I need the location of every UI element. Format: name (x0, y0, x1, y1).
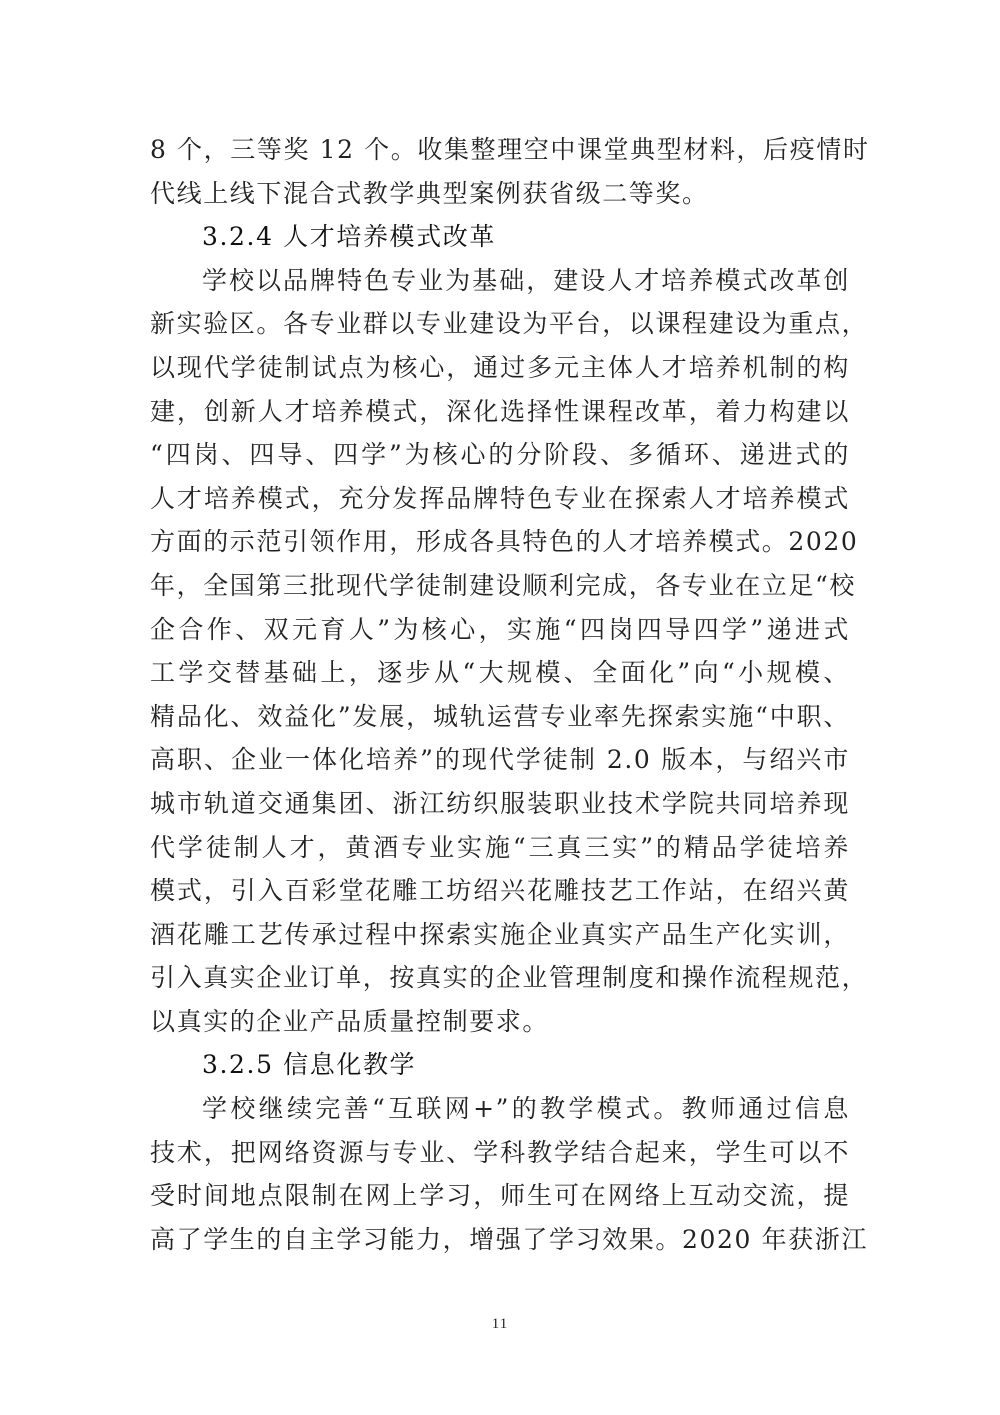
paragraph-line: 企合作、双元育人”为核心，实施“四岗四导四学”递进式 (150, 608, 850, 652)
paragraph-line: 人才培养模式，充分发挥品牌特色专业在探索人才培养模式 (150, 477, 850, 521)
paragraph-line: 技术，把网络资源与专业、学科教学结合起来，学生可以不 (150, 1131, 850, 1175)
paragraph-line: 高了学生的自主学习能力，增强了学习效果。2020 年获浙江 (150, 1218, 850, 1262)
paragraph-line: 精品化、效益化”发展，城轨运营专业率先探索实施“中职、 (150, 695, 850, 739)
continuation-paragraph: 8 个，三等奖 12 个。收集整理空中课堂典型材料，后疫情时 代线上线下混合式教… (150, 128, 850, 215)
paragraph-line: 酒花雕工艺传承过程中探索实施企业真实产品生产化实训， (150, 913, 850, 957)
paragraph-line: 高职、企业一体化培养”的现代学徒制 2.0 版本，与绍兴市 (150, 738, 850, 782)
paragraph-line: 模式，引入百彩堂花雕工坊绍兴花雕技艺工作站，在绍兴黄 (150, 869, 850, 913)
paragraph-line: 城市轨道交通集团、浙江纺织服装职业技术学院共同培养现 (150, 782, 850, 826)
paragraph-line: 新实验区。各专业群以专业建设为平台，以课程建设为重点， (150, 302, 850, 346)
paragraph-line: 8 个，三等奖 12 个。收集整理空中课堂典型材料，后疫情时 (150, 128, 850, 172)
page-number: 11 (0, 1316, 1000, 1333)
paragraph-line: 代学徒制人才，黄酒专业实施“三真三实”的精品学徒培养 (150, 826, 850, 870)
paragraph-line: 学校继续完善“互联网+”的教学模式。教师通过信息 (150, 1087, 850, 1131)
section-heading-3-2-4: 3.2.4 人才培养模式改革 (150, 215, 850, 259)
paragraph-line: 工学交替基础上，逐步从“大规模、全面化”向“小规模、 (150, 651, 850, 695)
paragraph-line: 受时间地点限制在网上学习，师生可在网络上互动交流，提 (150, 1174, 850, 1218)
document-page: 8 个，三等奖 12 个。收集整理空中课堂典型材料，后疫情时 代线上线下混合式教… (150, 128, 850, 1261)
section-3-2-4-paragraph: 学校以品牌特色专业为基础，建设人才培养模式改革创 新实验区。各专业群以专业建设为… (150, 259, 850, 1044)
paragraph-line: 建，创新人才培养模式，深化选择性课程改革，着力构建以 (150, 390, 850, 434)
paragraph-line: 年，全国第三批现代学徒制建设顺利完成，各专业在立足“校 (150, 564, 850, 608)
section-heading-3-2-5: 3.2.5 信息化教学 (150, 1043, 850, 1087)
paragraph-line: 以现代学徒制试点为核心，通过多元主体人才培养机制的构 (150, 346, 850, 390)
section-3-2-5-paragraph: 学校继续完善“互联网+”的教学模式。教师通过信息 技术，把网络资源与专业、学科教… (150, 1087, 850, 1261)
paragraph-line: 以真实的企业产品质量控制要求。 (150, 1000, 850, 1044)
paragraph-line: 代线上线下混合式教学典型案例获省级二等奖。 (150, 172, 850, 216)
paragraph-line: 引入真实企业订单，按真实的企业管理制度和操作流程规范， (150, 956, 850, 1000)
paragraph-line: “四岗、四导、四学”为核心的分阶段、多循环、递进式的 (150, 433, 850, 477)
paragraph-line: 学校以品牌特色专业为基础，建设人才培养模式改革创 (150, 259, 850, 303)
paragraph-line: 方面的示范引领作用，形成各具特色的人才培养模式。2020 (150, 520, 850, 564)
